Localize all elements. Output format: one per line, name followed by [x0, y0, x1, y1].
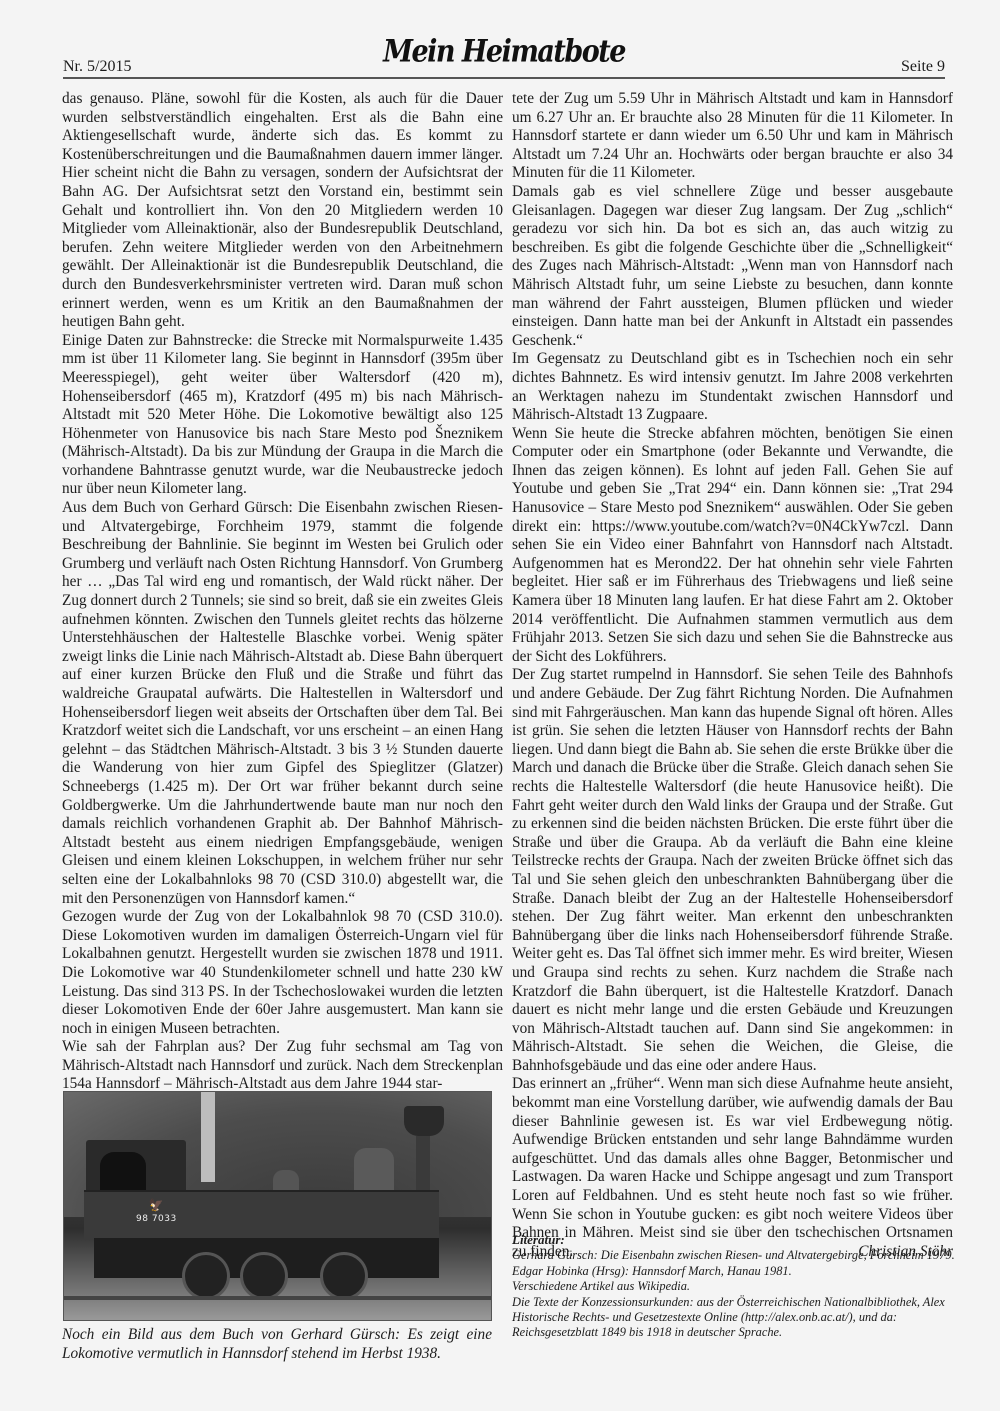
literature-section: Literatur: Gerhard Gürsch: Die Eisenbahn… — [512, 1232, 957, 1341]
paragraph: Im Gegensatz zu Deutschland gibt es in T… — [512, 350, 953, 424]
newspaper-page: Nr. 5/2015 Mein Heimatbote Seite 9 das g… — [0, 0, 1000, 1411]
paragraph: das genauso. Pläne, sowohl für die Koste… — [62, 90, 503, 332]
photo-stack-pipe — [416, 1136, 430, 1192]
header-divider — [63, 77, 945, 79]
photo-sand-dome — [273, 1170, 299, 1192]
paragraph: Einige Daten zur Bahnstrecke: die Streck… — [62, 332, 503, 499]
photo-chimney — [201, 1092, 215, 1182]
paragraph: Wenn Sie heute die Strecke abfahren möch… — [512, 425, 953, 667]
loco-number-plate: 98 7033 — [136, 1214, 177, 1224]
issue-number: Nr. 5/2015 — [63, 58, 131, 76]
paragraph: Gezogen wurde der Zug von der Lokalbahnl… — [62, 908, 503, 1038]
eagle-emblem-icon: 🦅 — [140, 1198, 172, 1212]
page-header: Nr. 5/2015 Mein Heimatbote Seite 9 — [63, 34, 945, 76]
left-column: das genauso. Pläne, sowohl für die Koste… — [62, 90, 503, 1094]
paragraph: Damals gab es viel schnellere Züge und b… — [512, 183, 953, 350]
photo-wheel — [240, 1252, 288, 1300]
paragraph: Der Zug startet rumpelnd in Hannsdorf. S… — [512, 666, 953, 1075]
literature-entry: Die Texte der Konzessionsurkunden: aus d… — [512, 1295, 957, 1341]
photo-steam-dome — [354, 1148, 394, 1192]
paragraph: Aus dem Buch von Gerhard Gürsch: Die Eis… — [62, 499, 503, 908]
literature-entry: Verschiedene Artikel aus Wikipedia. — [512, 1279, 957, 1294]
paragraph: tete der Zug um 5.59 Uhr in Mährisch Alt… — [512, 90, 953, 183]
paragraph: Wie sah der Fahrplan aus? Der Zug fuhr s… — [62, 1038, 503, 1094]
page-number: Seite 9 — [901, 58, 945, 76]
literature-entry: Edgar Hobinka (Hrsg): Hannsdorf March, H… — [512, 1264, 957, 1279]
locomotive-photo: 🦅 98 7033 — [63, 1091, 492, 1321]
literature-entry: Gerhard Gürsch: Die Eisenbahn zwischen R… — [512, 1248, 957, 1263]
photo-wheel — [182, 1252, 230, 1300]
masthead-logo: Mein Heimatbote — [383, 34, 625, 70]
photo-rail — [64, 1296, 491, 1300]
literature-heading: Literatur: — [512, 1232, 957, 1247]
photo-smokestack — [404, 1106, 444, 1136]
right-column: tete der Zug um 5.59 Uhr in Mährisch Alt… — [512, 90, 953, 1261]
photo-cab-window — [100, 1152, 146, 1190]
photo-caption: Noch ein Bild aus dem Buch von Gerhard G… — [62, 1326, 492, 1363]
photo-wheel — [320, 1252, 368, 1300]
